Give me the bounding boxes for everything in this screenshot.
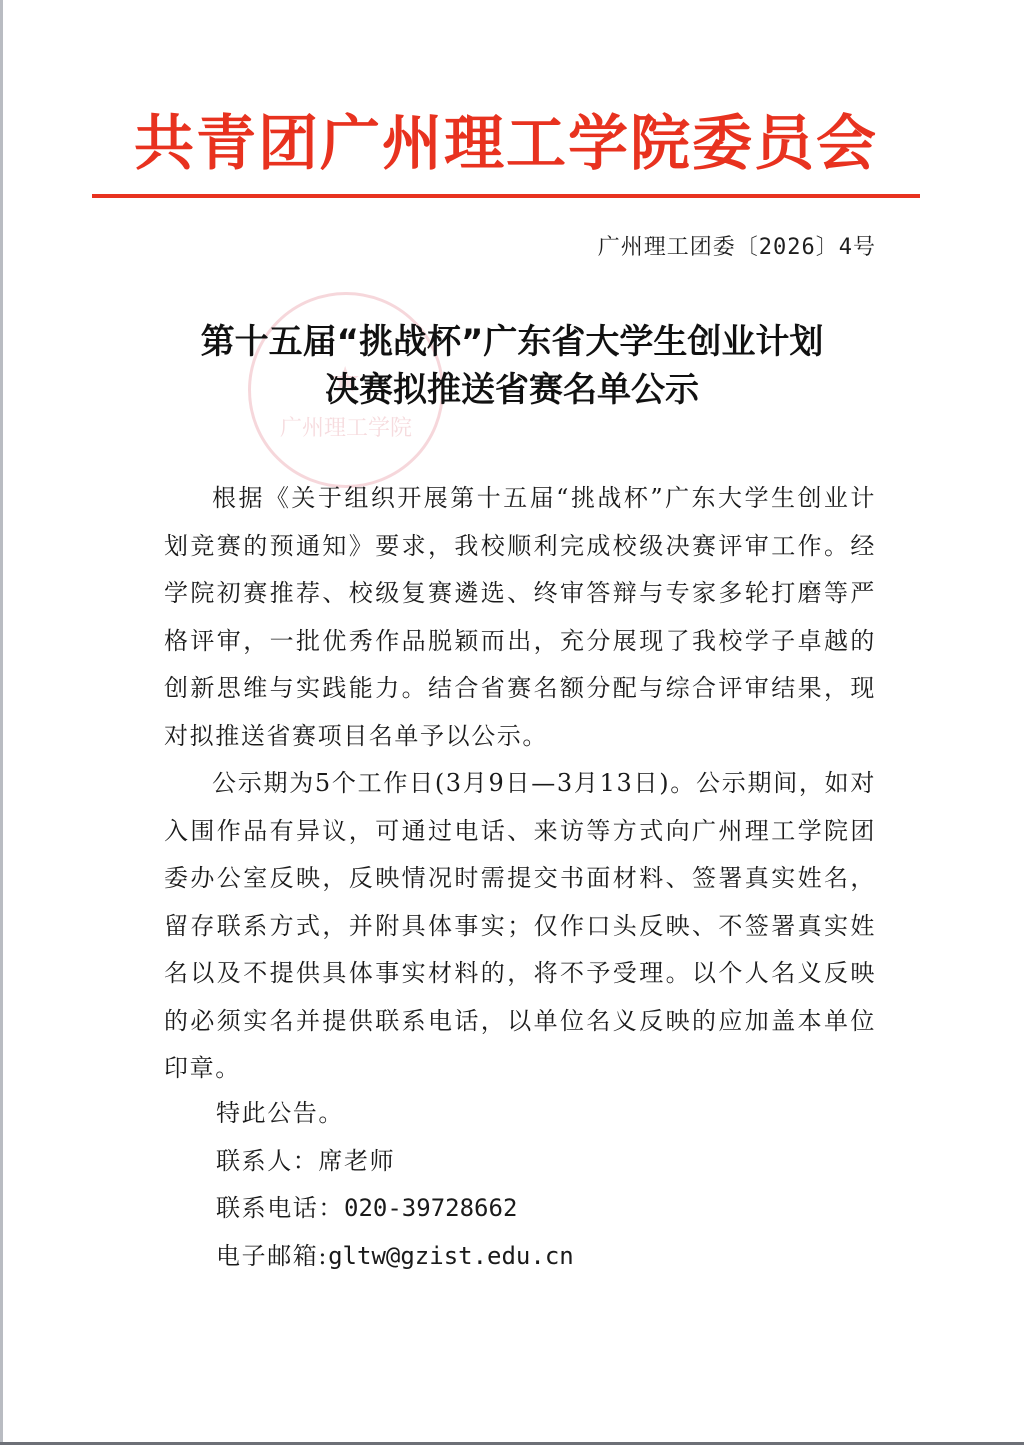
contact-phone-row: 联系电话：020-39728662 [216,1185,574,1233]
contact-person-row: 联系人：席老师 [216,1138,574,1186]
title-line-1: 第十五届“挑战杯”广东省大学生创业计划 [130,318,894,366]
contact-phone-number: 020-39728662 [344,1194,517,1222]
document-body: 根据《关于组织开展第十五届“挑战杯”广东大学生创业计划竞赛的预通知》要求，我校顺… [164,475,876,1093]
red-divider-rule [92,194,920,198]
body-paragraph-basis: 根据《关于组织开展第十五届“挑战杯”广东大学生创业计划竞赛的预通知》要求，我校顺… [164,475,876,760]
seal-text: 广州理工学院 [251,411,441,442]
title-line-2: 决赛拟推送省赛名单公示 [130,366,894,414]
announcement-closing: 特此公告。 [216,1090,574,1138]
closing-section: 特此公告。 联系人：席老师 联系电话：020-39728662 电子邮箱:glt… [216,1090,574,1280]
contact-phone-label: 联系电话： [216,1194,344,1222]
contact-person-name: 席老师 [318,1147,395,1175]
scan-edge-left [0,0,3,1445]
document-title: 第十五届“挑战杯”广东省大学生创业计划 决赛拟推送省赛名单公示 [130,318,894,414]
masthead-title: 共青团广州理工学院委员会 [92,104,920,184]
contact-email-address: gltw@gzist.edu.cn [328,1242,574,1270]
contact-person-label: 联系人： [216,1147,318,1175]
body-paragraph-publicity-period: 公示期为5个工作日(3月9日—3月13日)。公示期间，如对入围作品有异议，可通过… [164,760,876,1093]
contact-email-label: 电子邮箱: [216,1242,328,1270]
document-number: 广州理工团委〔2026〕4号 [598,230,876,266]
contact-email-row: 电子邮箱:gltw@gzist.edu.cn [216,1233,574,1281]
